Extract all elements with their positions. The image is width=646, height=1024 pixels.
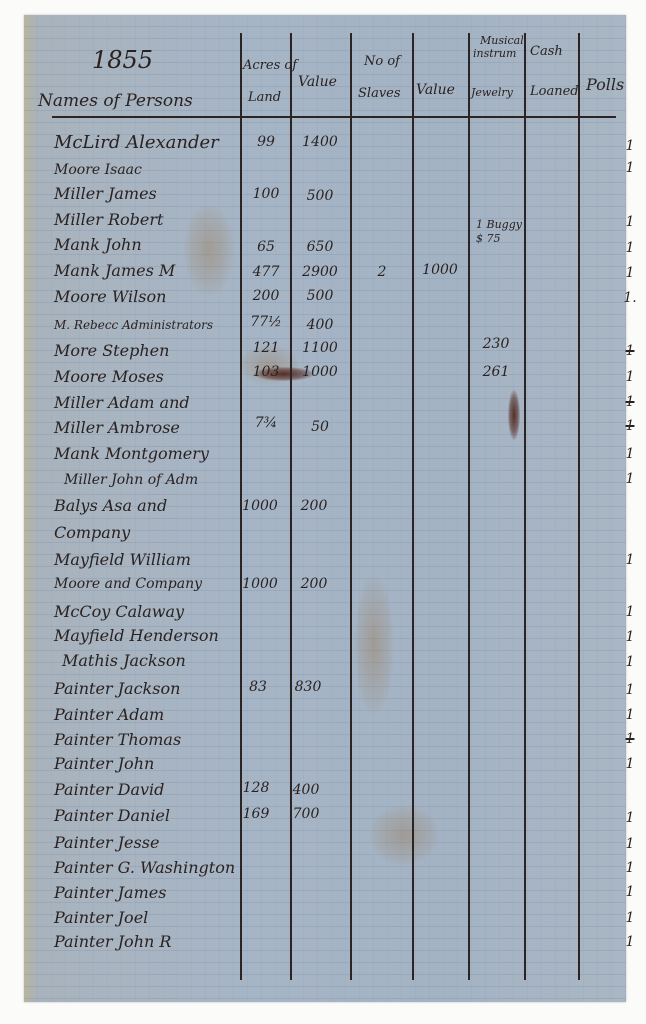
row-name: Painter Daniel (54, 808, 170, 824)
row-name: Painter G. Washington (54, 860, 235, 876)
header-names-of-persons: Names of Persons (38, 93, 193, 110)
row-acres: 169 (236, 807, 276, 821)
row-name: Mathis Jackson (62, 653, 186, 669)
row-name: Painter John R (54, 934, 171, 950)
row-acres: 477 (246, 265, 286, 279)
ledger-year: 1855 (92, 48, 153, 72)
row-name: Moore Isaac (54, 163, 142, 177)
header-polls: Polls (586, 77, 624, 93)
row-name: Moore Wilson (54, 289, 166, 305)
row-acres: 1000 (234, 577, 286, 591)
row-acres: 1000 (234, 499, 286, 513)
row-jewelry: 230 (468, 337, 524, 351)
row-jewelry: 1 Buggy (476, 219, 522, 230)
row-name: More Stephen (54, 343, 169, 359)
row-slaves: 2 (354, 265, 410, 279)
row-name: Mayfield William (54, 552, 191, 568)
header-no-of-slaves-1: No of (364, 55, 400, 68)
row-name: Painter Joel (54, 910, 148, 926)
row-polls: 1 (620, 757, 640, 771)
header-acres-of-land-2: Land (248, 91, 281, 104)
row-acres: 200 (246, 289, 286, 303)
row-value: 50 (292, 420, 348, 434)
row-acres: 100 (246, 187, 286, 201)
row-value: 500 (292, 189, 348, 203)
row-value: 200 (286, 577, 342, 591)
row-polls: 1 (620, 139, 640, 153)
row-acres: 99 (246, 135, 286, 149)
stain (184, 205, 234, 295)
row-name: Company (54, 525, 130, 541)
row-name: McCoy Calaway (54, 604, 184, 620)
row-acres: 103 (246, 365, 286, 379)
ink-blot (508, 390, 520, 440)
row-polls: 1 (620, 447, 640, 461)
row-name: Painter Jesse (54, 835, 159, 851)
row-polls: 1 (620, 370, 640, 384)
row-value: 830 (280, 680, 336, 694)
row-name: M. Rebecc Administrators (54, 319, 213, 331)
header-acres-of-land-1: Acres of (243, 59, 297, 72)
row-name: Moore and Company (54, 577, 202, 591)
row-name: Mank John (54, 237, 142, 253)
row-value: 2900 (292, 265, 348, 279)
row-name: Balys Asa and (54, 498, 167, 514)
column-rule (350, 33, 352, 980)
header-musical-1: Musical (480, 35, 524, 46)
row-polls: 1 (620, 472, 640, 486)
row-polls: 1 (620, 837, 640, 851)
row-name: Miller James (54, 186, 157, 202)
column-rule (468, 33, 470, 980)
row-name: Painter Adam (54, 707, 164, 723)
row-slave-value: 1000 (414, 263, 466, 277)
row-value: 700 (278, 807, 334, 821)
row-polls: 1 (620, 683, 640, 697)
row-name: Miller Adam and (54, 395, 190, 411)
row-name: Painter James (54, 885, 166, 901)
header-musical-2: instrum (473, 48, 516, 59)
header-cash-loaned-1: Cash (530, 45, 563, 58)
row-name: Mank Montgomery (54, 446, 209, 462)
row-polls: 1 (620, 885, 640, 899)
row-name: Miller Robert (54, 212, 163, 228)
row-value: 650 (292, 240, 348, 254)
row-name: Moore Moses (54, 369, 164, 385)
column-rule (412, 33, 414, 980)
row-value: 1400 (292, 135, 348, 149)
row-jewelry: 261 (468, 365, 524, 379)
row-name: Painter Thomas (54, 732, 181, 748)
row-value: 400 (278, 783, 334, 797)
row-polls: 1 (620, 708, 640, 722)
header-slave-value: Value (416, 83, 455, 97)
row-name: McLird Alexander (54, 134, 219, 152)
row-polls: 1 (620, 215, 640, 229)
row-polls: 1 (620, 605, 640, 619)
row-polls: 1 (620, 655, 640, 669)
row-acres: 121 (246, 341, 286, 355)
row-polls: 1 (620, 911, 640, 925)
row-polls-struck: 1 (620, 732, 640, 746)
stain (354, 575, 394, 715)
row-polls: 1 (620, 630, 640, 644)
stain (369, 805, 439, 865)
row-value: 1100 (292, 341, 348, 355)
row-name: Painter John (54, 756, 154, 772)
column-rule (578, 33, 580, 980)
row-acres: 128 (236, 781, 276, 795)
row-name: Miller Ambrose (54, 420, 180, 436)
row-acres: 77½ (246, 315, 286, 329)
row-value: 400 (292, 318, 348, 332)
header-land-value: Value (298, 75, 337, 89)
row-polls: 1 (620, 811, 640, 825)
row-name: Painter David (54, 782, 164, 798)
row-polls-struck: 1 (620, 344, 640, 358)
row-polls: 1 (620, 553, 640, 567)
row-jewelry: $ 75 (476, 233, 501, 244)
row-acres: 83 (238, 680, 278, 694)
row-name: Miller John of Adm (64, 473, 198, 487)
row-value: 1000 (292, 365, 348, 379)
header-musical-3: Jewelry (471, 87, 513, 98)
row-name: Mank James M (54, 263, 175, 279)
row-value: 200 (286, 499, 342, 513)
header-rule (52, 116, 616, 118)
row-polls: 1 (620, 861, 640, 875)
row-name: Painter Jackson (54, 681, 180, 697)
row-polls: 1. (620, 291, 640, 305)
header-cash-loaned-2: Loaned (530, 85, 579, 98)
row-polls: 1 (620, 241, 640, 255)
row-name: Mayfield Henderson (54, 628, 219, 644)
column-rule (524, 33, 526, 980)
header-no-of-slaves-2: Slaves (358, 87, 401, 100)
row-acres: 65 (246, 240, 286, 254)
row-polls-struck: 1 (620, 419, 640, 433)
row-acres: 7¾ (246, 416, 286, 430)
row-value: 500 (292, 289, 348, 303)
row-polls: 1 (620, 161, 640, 175)
row-polls-struck: 1 (620, 395, 640, 409)
row-polls: 1 (620, 266, 640, 280)
row-polls: 1 (620, 935, 640, 949)
tax-ledger-sheet: 1855 Names of Persons Acres of Land Valu… (24, 15, 626, 1002)
